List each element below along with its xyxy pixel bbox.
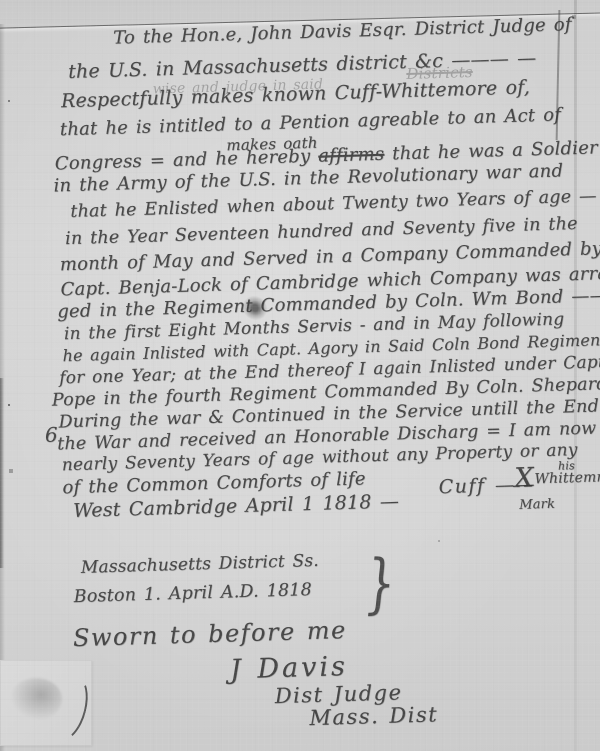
oath-word-struck: affirms — [318, 144, 385, 167]
judge-signature: J Davis — [230, 651, 349, 685]
jurat-brace: } — [364, 545, 396, 621]
handwriting-line-salutation: To the Hon.e, John Davis Esqr. District … — [113, 14, 572, 49]
judge-district: Mass. Dist — [309, 702, 438, 730]
signature-mark-cross: X — [514, 462, 534, 494]
scan-left-shadow-dark — [0, 378, 4, 568]
jurat-venue-line1: Massachusetts District Ss. — [81, 551, 320, 578]
jurat-sworn-line: Sworn to before me — [73, 616, 348, 652]
signature-mark-word: Mark — [519, 497, 555, 513]
signature-whittemore: Whittemre — [534, 469, 600, 487]
document-scan-page: To the Hon.e, John Davis Esqr. District … — [0, 0, 600, 751]
jurat-venue-line2: Boston 1. April A.D. 1818 — [73, 580, 312, 607]
handwriting-layer: To the Hon.e, John Davis Esqr. District … — [0, 0, 600, 751]
oath-text-post: that he was a Soldier — [384, 137, 598, 164]
